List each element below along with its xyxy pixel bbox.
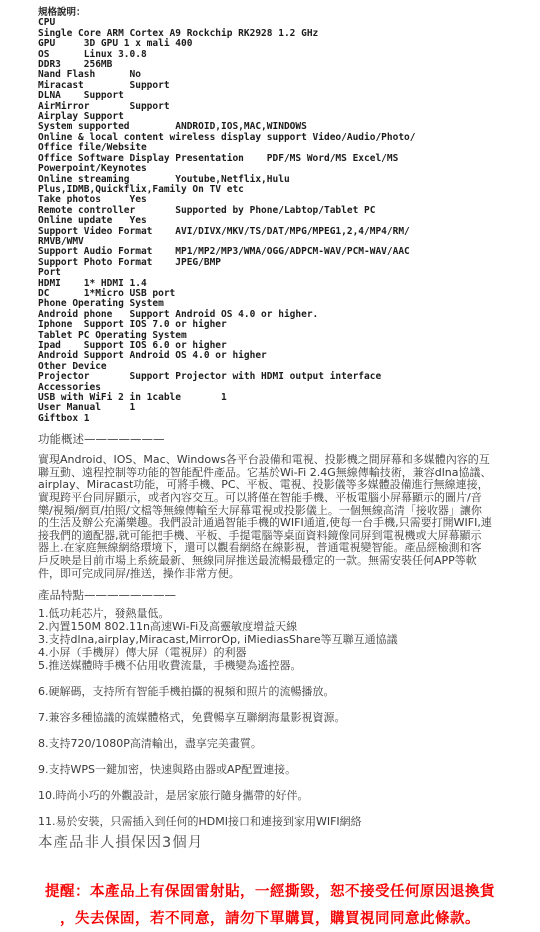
feature-item: 4.小屏（手機屏）傳大屏（電視屏）的利器: [38, 646, 512, 659]
spec-block: 規格說明：CPUSingle Core ARM Cortex A9 Rockch…: [38, 8, 512, 424]
features-heading: 產品特點————————: [38, 589, 512, 602]
features-list-spaced: 6.硬解碼，支持所有智能手機拍攝的視頻和照片的流暢播放。7.兼容多種協議的流媒體…: [38, 685, 512, 828]
feature-item: 11.易於安裝，只需插入到任何的HDMI接口和連接到家用WIFI網絡: [38, 815, 512, 828]
spec-line: Support Video Format AVI/DIVX/MKV/TS/DAT…: [38, 227, 512, 237]
warning-text: 提醒：本產品上有保固雷射貼，一經撕毀，恕不接受任何原因退換貨 ，失去保固，若不同…: [0, 879, 540, 932]
spec-line: 規格說明：: [38, 8, 512, 18]
overview-heading: 功能概述———————: [38, 433, 512, 446]
feature-item: 6.硬解碼，支持所有智能手機拍攝的視頻和照片的流暢播放。: [38, 685, 512, 698]
features-list-tight: 1.低功耗芯片，發熱量低。2.內置150M 802.11n高速Wi-Fi及高靈敏…: [38, 607, 512, 672]
spec-line: Giftbox 1: [38, 414, 512, 424]
feature-item: 1.低功耗芯片，發熱量低。: [38, 607, 512, 620]
feature-item: 2.內置150M 802.11n高速Wi-Fi及高靈敏度增益天線: [38, 620, 512, 633]
warning-line-2: ，失去保固，若不同意，請勿下單購買，購買視同同意此條款。: [0, 906, 540, 932]
feature-item: 9.支持WPS一鍵加密，快速與路由器或AP配置連接。: [38, 763, 512, 776]
feature-item: 8.支持720/1080P高清輸出，盡享完美畫質。: [38, 737, 512, 750]
overview-paragraph: 實現Android、IOS、Mac、Windows各平台設備和電視、投影機之間屏…: [38, 454, 492, 580]
spec-line: Android Support Android OS 4.0 or higher: [38, 351, 512, 361]
spec-line: Support Photo Format JPEG/BMP: [38, 258, 512, 268]
spec-line: Powerpoint/Keynotes: [38, 164, 512, 174]
warranty-note: 本產品非人損保因3個月: [38, 834, 512, 852]
feature-item: 5.推送媒體時手機不佔用收費流量，手機變為遙控器。: [38, 659, 512, 672]
warning-line-1: 提醒：本產品上有保固雷射貼，一經撕毀，恕不接受任何原因退換貨: [0, 879, 540, 906]
feature-item: 7.兼容多種協議的流媒體格式，免費暢享互聯網海量影視資源。: [38, 711, 512, 724]
spec-line: Port: [38, 268, 512, 278]
spec-line: User Manual 1: [38, 403, 512, 413]
spec-line: Projector Support Projector with HDMI ou…: [38, 372, 512, 382]
feature-item: 3.支持dlna,airplay,Miracast,MirrorOp, iMie…: [38, 633, 512, 646]
feature-item: 10.時尚小巧的外觀設計，是居家旅行隨身攜帶的好伴。: [38, 789, 512, 802]
product-description-page: 規格說明：CPUSingle Core ARM Cortex A9 Rockch…: [0, 0, 540, 932]
spec-line: Online update Yes: [38, 216, 512, 226]
